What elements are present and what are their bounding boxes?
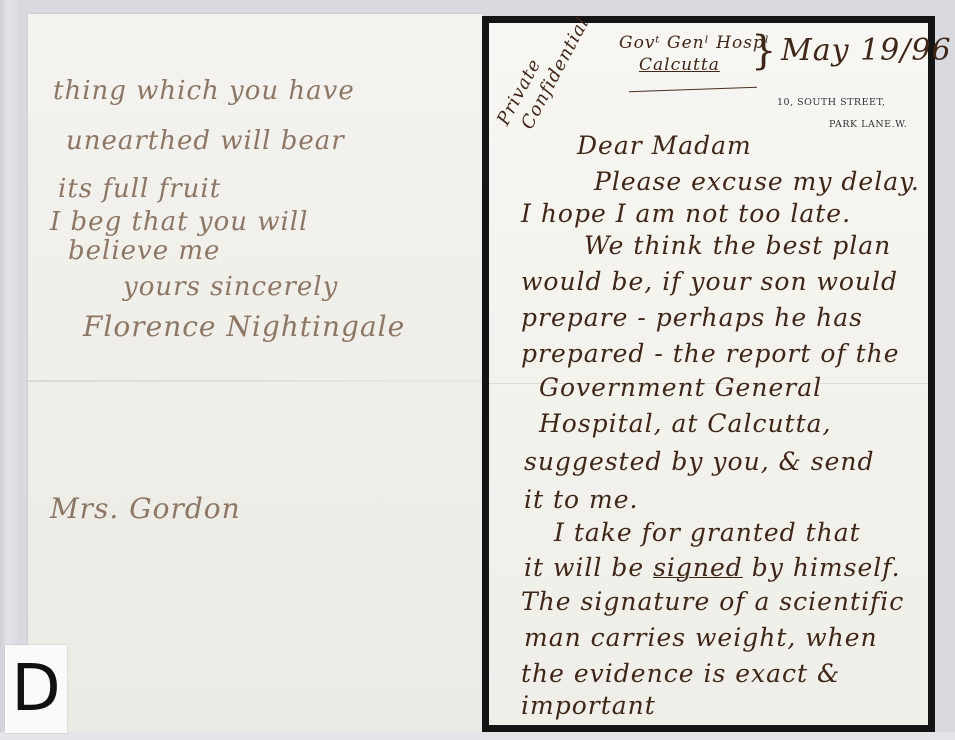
handwritten-line: I beg that you will	[50, 207, 308, 237]
hospital-note-line1: Govᵗ Genˡ Hospˡ	[619, 33, 770, 53]
salutation: Dear Madam	[577, 131, 752, 160]
handwritten-line: its full fruit	[58, 174, 221, 204]
left-letter-page: thing which you have unearthed will bear…	[28, 14, 483, 732]
body-line: Hospital, at Calcutta,	[539, 409, 832, 438]
body-text: it will be	[524, 553, 644, 582]
handwritten-line: unearthed will bear	[66, 126, 345, 156]
signature: Florence Nightingale	[83, 310, 405, 343]
body-line: man carries weight, when	[524, 623, 878, 652]
right-letter-page-mourning-border: Private Confidential Govᵗ Genˡ Hospˡ Cal…	[482, 16, 935, 732]
exhibit-label-letter: D	[11, 657, 60, 721]
body-line: the evidence is exact &	[521, 659, 840, 688]
body-line: Government General	[539, 373, 822, 402]
body-line: I take for granted that	[554, 518, 861, 547]
frame-bottom-edge	[0, 732, 955, 740]
body-line: Please excuse my delay.	[594, 167, 920, 196]
body-line: We think the best plan	[584, 231, 891, 260]
handwritten-closing: yours sincerely	[123, 272, 338, 302]
right-letter-paper: Private Confidential Govᵗ Genˡ Hospˡ Cal…	[489, 23, 928, 725]
body-line: suggested by you, & send	[524, 447, 875, 476]
body-line-prefix: it will be signed by himself.	[524, 553, 901, 582]
body-line: would be, if your son would	[521, 267, 898, 296]
letterhead-area: PARK LANE.W.	[829, 119, 907, 130]
exhibit-label-card: D	[5, 645, 67, 733]
body-line: prepared - the report of the	[521, 339, 900, 368]
body-line: important	[521, 691, 656, 720]
underlined-word-signed: signed	[653, 553, 743, 582]
body-line: prepare - perhaps he has	[521, 303, 863, 332]
letter-date: May 19/96	[781, 33, 952, 68]
underline-mark	[629, 87, 757, 92]
handwritten-line: believe me	[68, 236, 220, 266]
body-line: The signature of a scientific	[521, 587, 904, 616]
paper-fold-line	[28, 380, 483, 382]
body-text: by himself.	[752, 553, 901, 582]
body-line: I hope I am not too late.	[521, 199, 851, 228]
addressee-name: Mrs. Gordon	[50, 492, 241, 525]
hospital-note-line2: Calcutta	[639, 55, 720, 75]
body-line: it to me.	[524, 485, 638, 514]
handwritten-line: thing which you have	[53, 76, 355, 106]
letterhead-street: 10, SOUTH STREET,	[777, 97, 885, 108]
brace-mark: }	[751, 31, 776, 71]
